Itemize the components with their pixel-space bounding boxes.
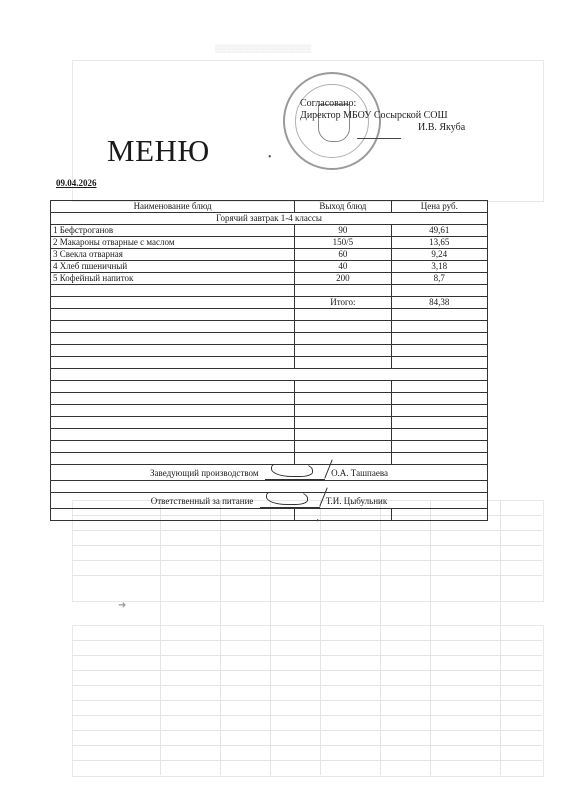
empty-row	[51, 357, 488, 369]
page-title: МЕНЮ	[107, 133, 210, 169]
header-price: Цена руб.	[391, 201, 487, 213]
bleed-through-heading: ▒▒▒▒▒▒▒▒▒▒▒▒▒▒▒▒▒	[215, 44, 311, 53]
director-signature	[357, 122, 407, 139]
header-dish-name: Наименование блюд	[51, 201, 295, 213]
empty-row	[51, 381, 488, 393]
total-label: Итого:	[295, 297, 391, 309]
dish-price: 49,61	[391, 225, 487, 237]
table-row: 4 Хлеб пшеничный 40 3,18	[51, 261, 488, 273]
nutrition-responsible-label: Ответственный за питание	[151, 496, 254, 506]
total-value: 84,38	[391, 297, 487, 309]
nutrition-responsible-name: Т.И. Цыбульник	[326, 496, 387, 506]
empty-full-row	[51, 369, 488, 381]
empty-row	[51, 321, 488, 333]
dish-portion: 150/5	[295, 237, 391, 249]
table-header-row: Наименование блюд Выход блюд Цена руб.	[51, 201, 488, 213]
ink-mark: ʼ	[316, 518, 319, 529]
dish-name: 1 Бефстроганов	[51, 225, 295, 237]
empty-row	[51, 405, 488, 417]
signature-row-production: Заведующий производством О.А. Ташпаева	[51, 465, 488, 481]
empty-row	[51, 453, 488, 465]
dish-name: 5 Кофейный напиток	[51, 273, 295, 285]
approval-position: Директор МБОУ Сосырской СОШ	[300, 110, 465, 122]
dish-price: 9,24	[391, 249, 487, 261]
empty-row	[51, 393, 488, 405]
empty-row	[51, 429, 488, 441]
bleed-through-table-bottom	[72, 625, 544, 777]
signature-row-nutrition: Ответственный за питание Т.И. Цыбульник	[51, 493, 488, 509]
dish-name: 2 Макароны отварные с маслом	[51, 237, 295, 249]
table-row: 2 Макароны отварные с маслом 150/5 13,65	[51, 237, 488, 249]
menu-table: Наименование блюд Выход блюд Цена руб. Г…	[50, 200, 488, 521]
empty-row	[51, 309, 488, 321]
section-title: Горячий завтрак 1-4 классы	[51, 213, 488, 225]
table-row: 1 Бефстроганов 90 49,61	[51, 225, 488, 237]
dish-portion: 200	[295, 273, 391, 285]
dish-portion: 90	[295, 225, 391, 237]
table-row: 3 Свекла отварная 60 9,24	[51, 249, 488, 261]
dish-price: 13,65	[391, 237, 487, 249]
section-row: Горячий завтрак 1-4 классы	[51, 213, 488, 225]
empty-row	[51, 345, 488, 357]
empty-row	[51, 333, 488, 345]
approval-label: Согласовано:	[300, 98, 465, 110]
dish-portion: 60	[295, 249, 391, 261]
menu-date: 09.04.2026	[56, 178, 97, 188]
empty-row	[51, 285, 488, 297]
header-portion: Выход блюд	[295, 201, 391, 213]
table-row: 5 Кофейный напиток 200 8,7	[51, 273, 488, 285]
production-head-label: Заведующий производством	[150, 468, 259, 478]
production-head-signature	[265, 465, 325, 480]
dish-portion: 40	[295, 261, 391, 273]
empty-row	[51, 441, 488, 453]
dish-name: 3 Свекла отварная	[51, 249, 295, 261]
empty-row	[51, 417, 488, 429]
total-row: Итого: 84,38	[51, 297, 488, 309]
dish-price: 8,7	[391, 273, 487, 285]
ink-dot: •	[268, 152, 272, 163]
dish-price: 3,18	[391, 261, 487, 273]
ink-smudge: ➜	[118, 600, 126, 611]
empty-row	[51, 509, 488, 521]
production-head-name: О.А. Ташпаева	[331, 468, 388, 478]
nutrition-responsible-signature	[260, 493, 320, 508]
dish-name: 4 Хлеб пшеничный	[51, 261, 295, 273]
